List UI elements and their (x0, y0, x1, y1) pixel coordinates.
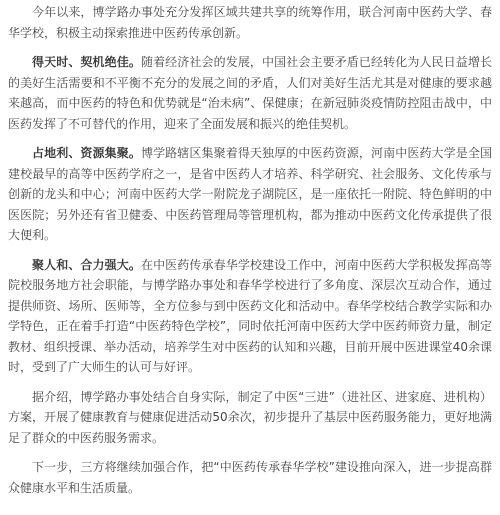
paragraph-lead: 得天时、契机绝佳。 (32, 55, 141, 69)
paragraph-lead: 占地利、资源集聚。 (32, 146, 141, 160)
paragraph-outlook: 下一步，三方将继续加强合作，把“中医药传承春华学校”建设推向深入，进一步提高群众… (8, 457, 492, 498)
paragraph-text: 博学路辖区集聚着得天独厚的中医药资源，河南中医药大学是全国建校最早的高等中医药学… (8, 146, 492, 242)
paragraph-text: 下一步，三方将继续加强合作，把“中医药传承春华学校”建设推向深入，进一步提高群众… (8, 460, 492, 495)
paragraph-people: 聚人和、合力强大。在中医药传承春华学校建设工作中，河南中医药大学积极发挥高等院校… (8, 255, 492, 378)
paragraph-lead: 聚人和、合力强大。 (32, 258, 141, 272)
paragraph-text: 在中医药传承春华学校建设工作中，河南中医药大学积极发挥高等院校服务地方社会职能，… (8, 258, 492, 375)
paragraph-location: 占地利、资源集聚。博学路辖区集聚着得天独厚的中医药资源，河南中医药大学是全国建校… (8, 143, 492, 246)
paragraph-intro-plan: 据介绍，博学路办事处结合自身实际，制定了中医“三进”（进社区、进家庭、进机构）方… (8, 387, 492, 449)
paragraph-text: 今年以来，博学路办事处充分发挥区域共建共享的统筹作用，联合河南中医药大学、春华学… (8, 5, 492, 40)
paragraph-timing: 得天时、契机绝佳。随着经济社会的发展，中国社会主要矛盾已经转化为人民日益增长的美… (8, 52, 492, 134)
paragraph-text: 据介绍，博学路办事处结合自身实际，制定了中医“三进”（进社区、进家庭、进机构）方… (8, 390, 492, 445)
paragraph-intro: 今年以来，博学路办事处充分发挥区域共建共享的统筹作用，联合河南中医药大学、春华学… (8, 2, 492, 43)
article-body: 今年以来，博学路办事处充分发挥区域共建共享的统筹作用，联合河南中医药大学、春华学… (0, 0, 500, 498)
